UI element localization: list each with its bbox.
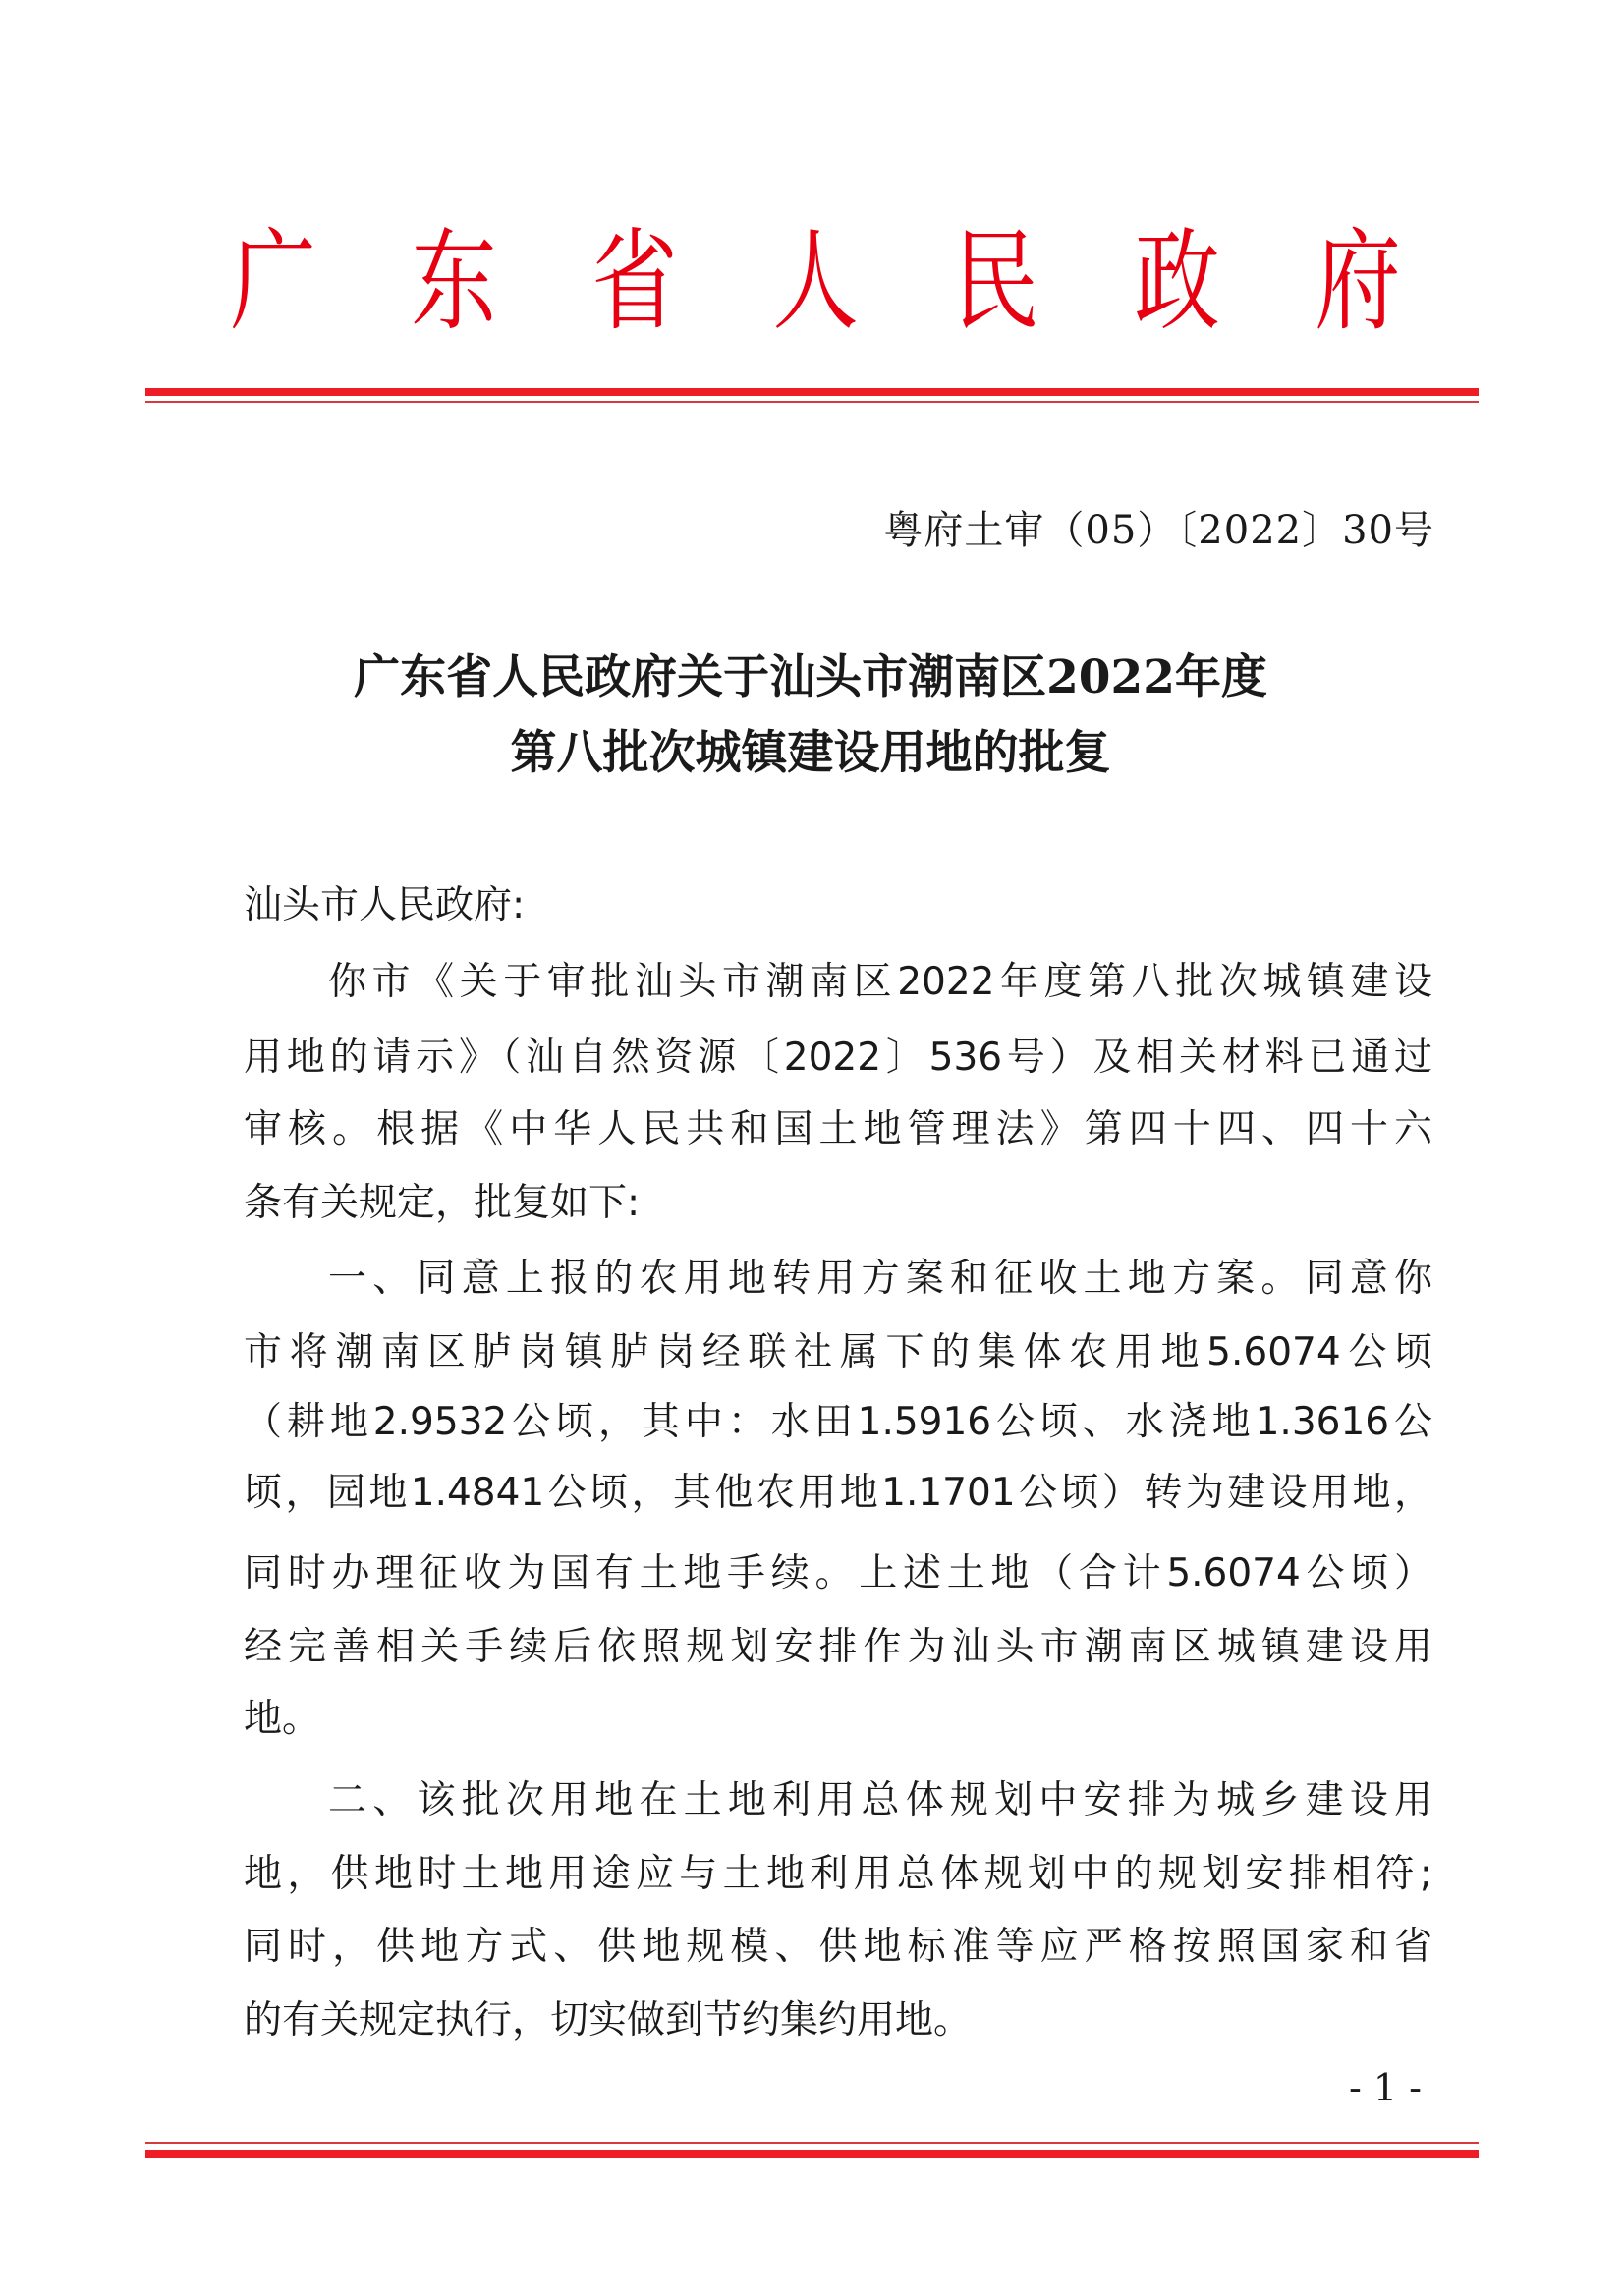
header-rule-thin xyxy=(145,401,1479,403)
body-line: 的有关规定执行，切实做到节约集约用地。 xyxy=(244,1991,1432,2050)
body-line: 地。 xyxy=(244,1690,1432,1749)
footer-rule-thick xyxy=(145,2150,1479,2158)
page-number: - 1 - xyxy=(1331,2065,1439,2110)
body-line: （耕地2.9532公顷，其中：水田1.5916公顷、水浇地1.3616公 xyxy=(244,1393,1432,1452)
masthead-char: 人 xyxy=(769,218,862,346)
document-number: 粤府土审（05）〔2022〕30号 xyxy=(855,506,1434,555)
footer-rule-thin xyxy=(145,2142,1479,2144)
masthead-char: 东 xyxy=(408,218,500,346)
body-line: 同时，供地方式、供地规模、供地标准等应严格按照国家和省 xyxy=(244,1918,1432,1977)
masthead-title: 广 东 省 人 民 政 府 xyxy=(196,218,1375,346)
masthead-char: 府 xyxy=(1312,218,1404,346)
masthead-char: 民 xyxy=(950,218,1042,346)
masthead-char: 广 xyxy=(227,218,319,346)
body-line: 经完善相关手续后依照规划安排作为汕头市潮南区城镇建设用 xyxy=(244,1618,1432,1677)
body-line: 同时办理征收为国有土地手续。上述土地（合计5.6074公顷） xyxy=(244,1544,1432,1603)
body-line: 地，供地时土地用途应与土地利用总体规划中的规划安排相符; xyxy=(244,1845,1432,1904)
body-line: 一、同意上报的农用地转用方案和征收土地方案。同意你 xyxy=(244,1250,1432,1309)
document-title-line-2: 第八批次城镇建设用地的批复 xyxy=(246,724,1375,783)
body-line: 顷，园地1.4841公顷，其他农用地1.1701公顷）转为建设用地， xyxy=(244,1464,1432,1523)
addressee: 汕头市人民政府: xyxy=(244,876,1432,935)
body-line: 你市《关于审批汕头市潮南区2022年度第八批次城镇建设 xyxy=(244,953,1432,1012)
body-line: 二、该批次用地在土地利用总体规划中安排为城乡建设用 xyxy=(244,1771,1432,1830)
header-rule-thick xyxy=(145,388,1479,396)
masthead-char: 政 xyxy=(1131,218,1223,346)
body-line: 条有关规定，批复如下: xyxy=(244,1174,1432,1233)
body-line: 审核。根据《中华人民共和国土地管理法》第四十四、四十六 xyxy=(244,1100,1432,1159)
document-title-line-1: 广东省人民政府关于汕头市潮南区2022年度 xyxy=(246,648,1375,707)
body-line: 用地的请示》（汕自然资源〔2022〕536号）及相关材料已通过 xyxy=(244,1029,1432,1088)
masthead-char: 省 xyxy=(588,218,681,346)
body-line: 市将潮南区胪岗镇胪岗经联社属下的集体农用地5.6074公顷 xyxy=(244,1323,1432,1382)
